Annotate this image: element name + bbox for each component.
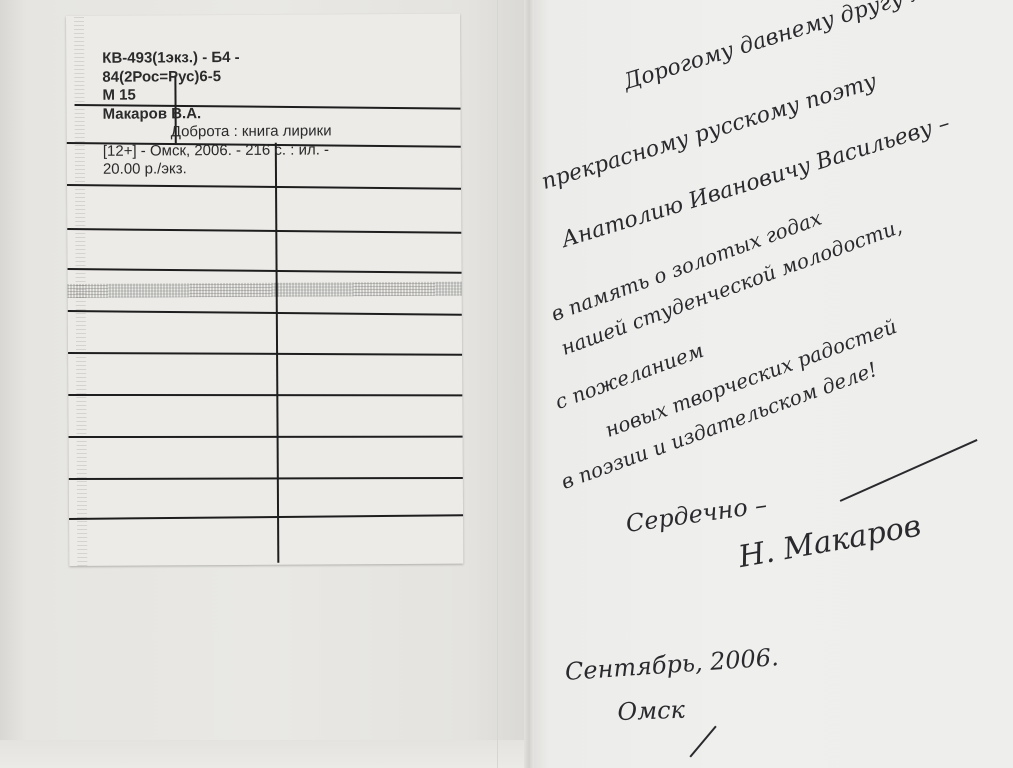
card-line-title: Доброта : книга лирики	[103, 122, 332, 142]
card-rule	[68, 268, 462, 274]
card-line-author: Макаров В.А.	[103, 104, 332, 124]
card-line-price: 20.00 р./экз.	[103, 159, 332, 179]
book-spine	[524, 0, 534, 768]
card-rule	[67, 228, 461, 234]
card-line-shelfmark: М 15	[102, 85, 331, 105]
card-rule	[68, 352, 462, 356]
card-line-classification: 84(2Рос=Рус)6-5	[102, 67, 331, 87]
card-rule	[67, 184, 461, 190]
card-scan-noise-band	[68, 282, 462, 298]
card-rule	[68, 394, 462, 396]
card-rule	[69, 477, 463, 480]
library-catalog-card: КВ-493(1экз.) - Б4 - 84(2Рос=Рус)6-5 М 1…	[66, 14, 463, 566]
card-rule	[69, 514, 463, 520]
card-line-imprint: [12+] - Омск, 2006. - 216 с. : ил. -	[103, 141, 332, 161]
card-line-index: КВ-493(1экз.) - Б4 -	[102, 48, 331, 68]
dedication-place: Омск	[617, 696, 685, 726]
page-fold-edge	[497, 0, 498, 768]
card-rule	[68, 310, 462, 316]
card-text-block: КВ-493(1экз.) - Б4 - 84(2Рос=Рус)6-5 М 1…	[102, 48, 332, 179]
card-rule	[69, 436, 463, 438]
